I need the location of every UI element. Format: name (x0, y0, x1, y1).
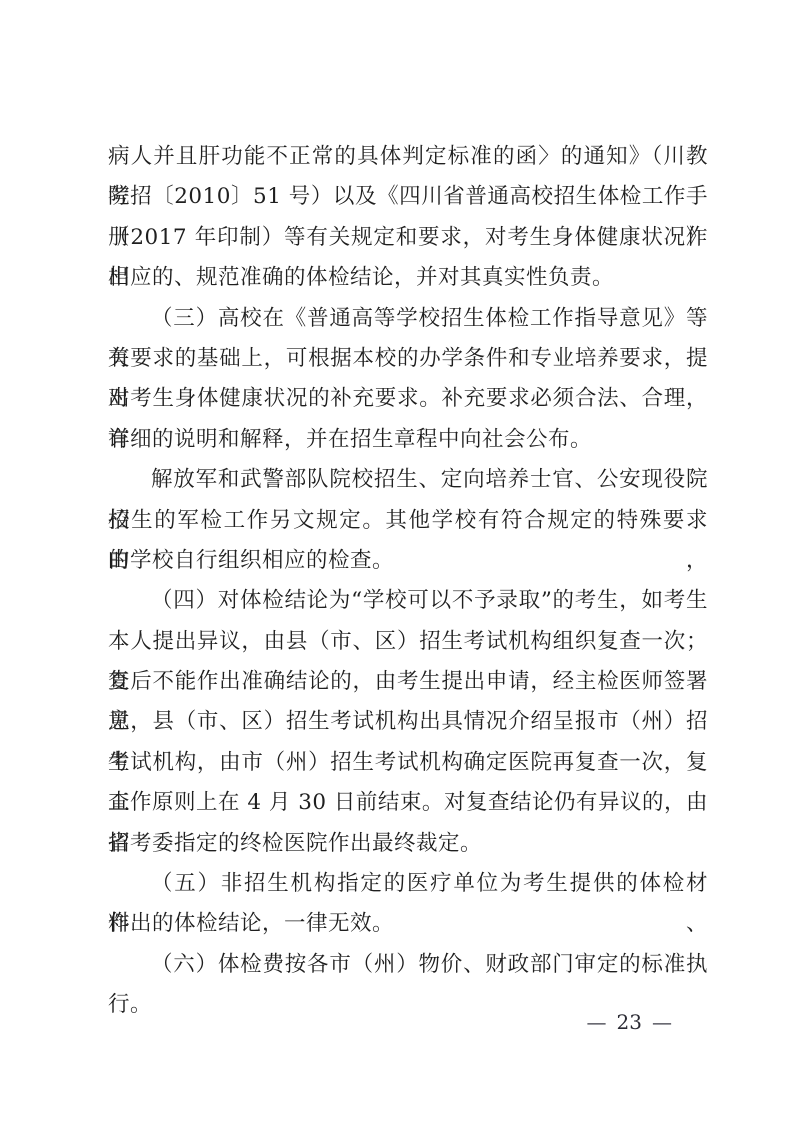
document-line: （2017 年印制）等有关规定和要求，对考生身体健康状况作出 (108, 218, 708, 258)
document-line: 病人并且肝功能不正常的具体判定标准的函〉的通知》（川教考 (108, 137, 708, 177)
document-line: （五）非招生机构指定的医疗单位为考生提供的体检材料、 (108, 864, 708, 904)
document-line: 考试机构，由市（州）招生考试机构确定医院再复查一次，复查 (108, 743, 708, 783)
document-body-text: 病人并且肝功能不正常的具体判定标准的函〉的通知》（川教考院招〔2010〕51 号… (108, 137, 708, 985)
document-line: 对考生身体健康状况的补充要求。补充要求必须合法、合理，有 (108, 379, 708, 419)
document-page: 病人并且肝功能不正常的具体判定标准的函〉的通知》（川教考院招〔2010〕51 号… (0, 0, 800, 1131)
document-line: 本人提出异议，由县（市、区）招生考试机构组织复查一次；复 (108, 622, 708, 662)
footer-right-dash: — (652, 1008, 672, 1036)
document-line: （三）高校在《普通高等学校招生体检工作指导意见》等有 (108, 299, 708, 339)
document-line: 相应的、规范准确的体检结论，并对其真实性负责。 (108, 258, 708, 298)
document-line: 解放军和武警部队院校招生、定向培养士官、公安现役院校 (108, 460, 708, 500)
document-line: 详细的说明和解释，并在招生章程中向社会公布。 (108, 420, 708, 460)
footer-left-dash: — (587, 1008, 607, 1036)
document-line: 招生的军检工作另文规定。其他学校有符合规定的特殊要求的， (108, 501, 708, 541)
document-line: 查后不能作出准确结论的，由考生提出申请，经主检医师签署意 (108, 662, 708, 702)
document-line: （六）体检费按各市（州）物价、财政部门审定的标准执行。 (108, 945, 708, 985)
document-line: 招考委指定的终检医院作出最终裁定。 (108, 824, 708, 864)
document-line: （四）对体检结论为“学校可以不予录取”的考生，如考生 (108, 581, 708, 621)
page-footer: —23— (0, 1008, 800, 1036)
document-line: 关要求的基础上，可根据本校的办学条件和专业培养要求，提出 (108, 339, 708, 379)
document-line: 院招〔2010〕51 号）以及《四川省普通高校招生体检工作手册》 (108, 177, 708, 217)
document-line: 见，县（市、区）招生考试机构出具情况介绍呈报市（州）招生 (108, 702, 708, 742)
page-number: 23 (617, 1010, 642, 1034)
document-line: 工作原则上在 4 月 30 日前结束。对复查结论仍有异议的，由省 (108, 783, 708, 823)
